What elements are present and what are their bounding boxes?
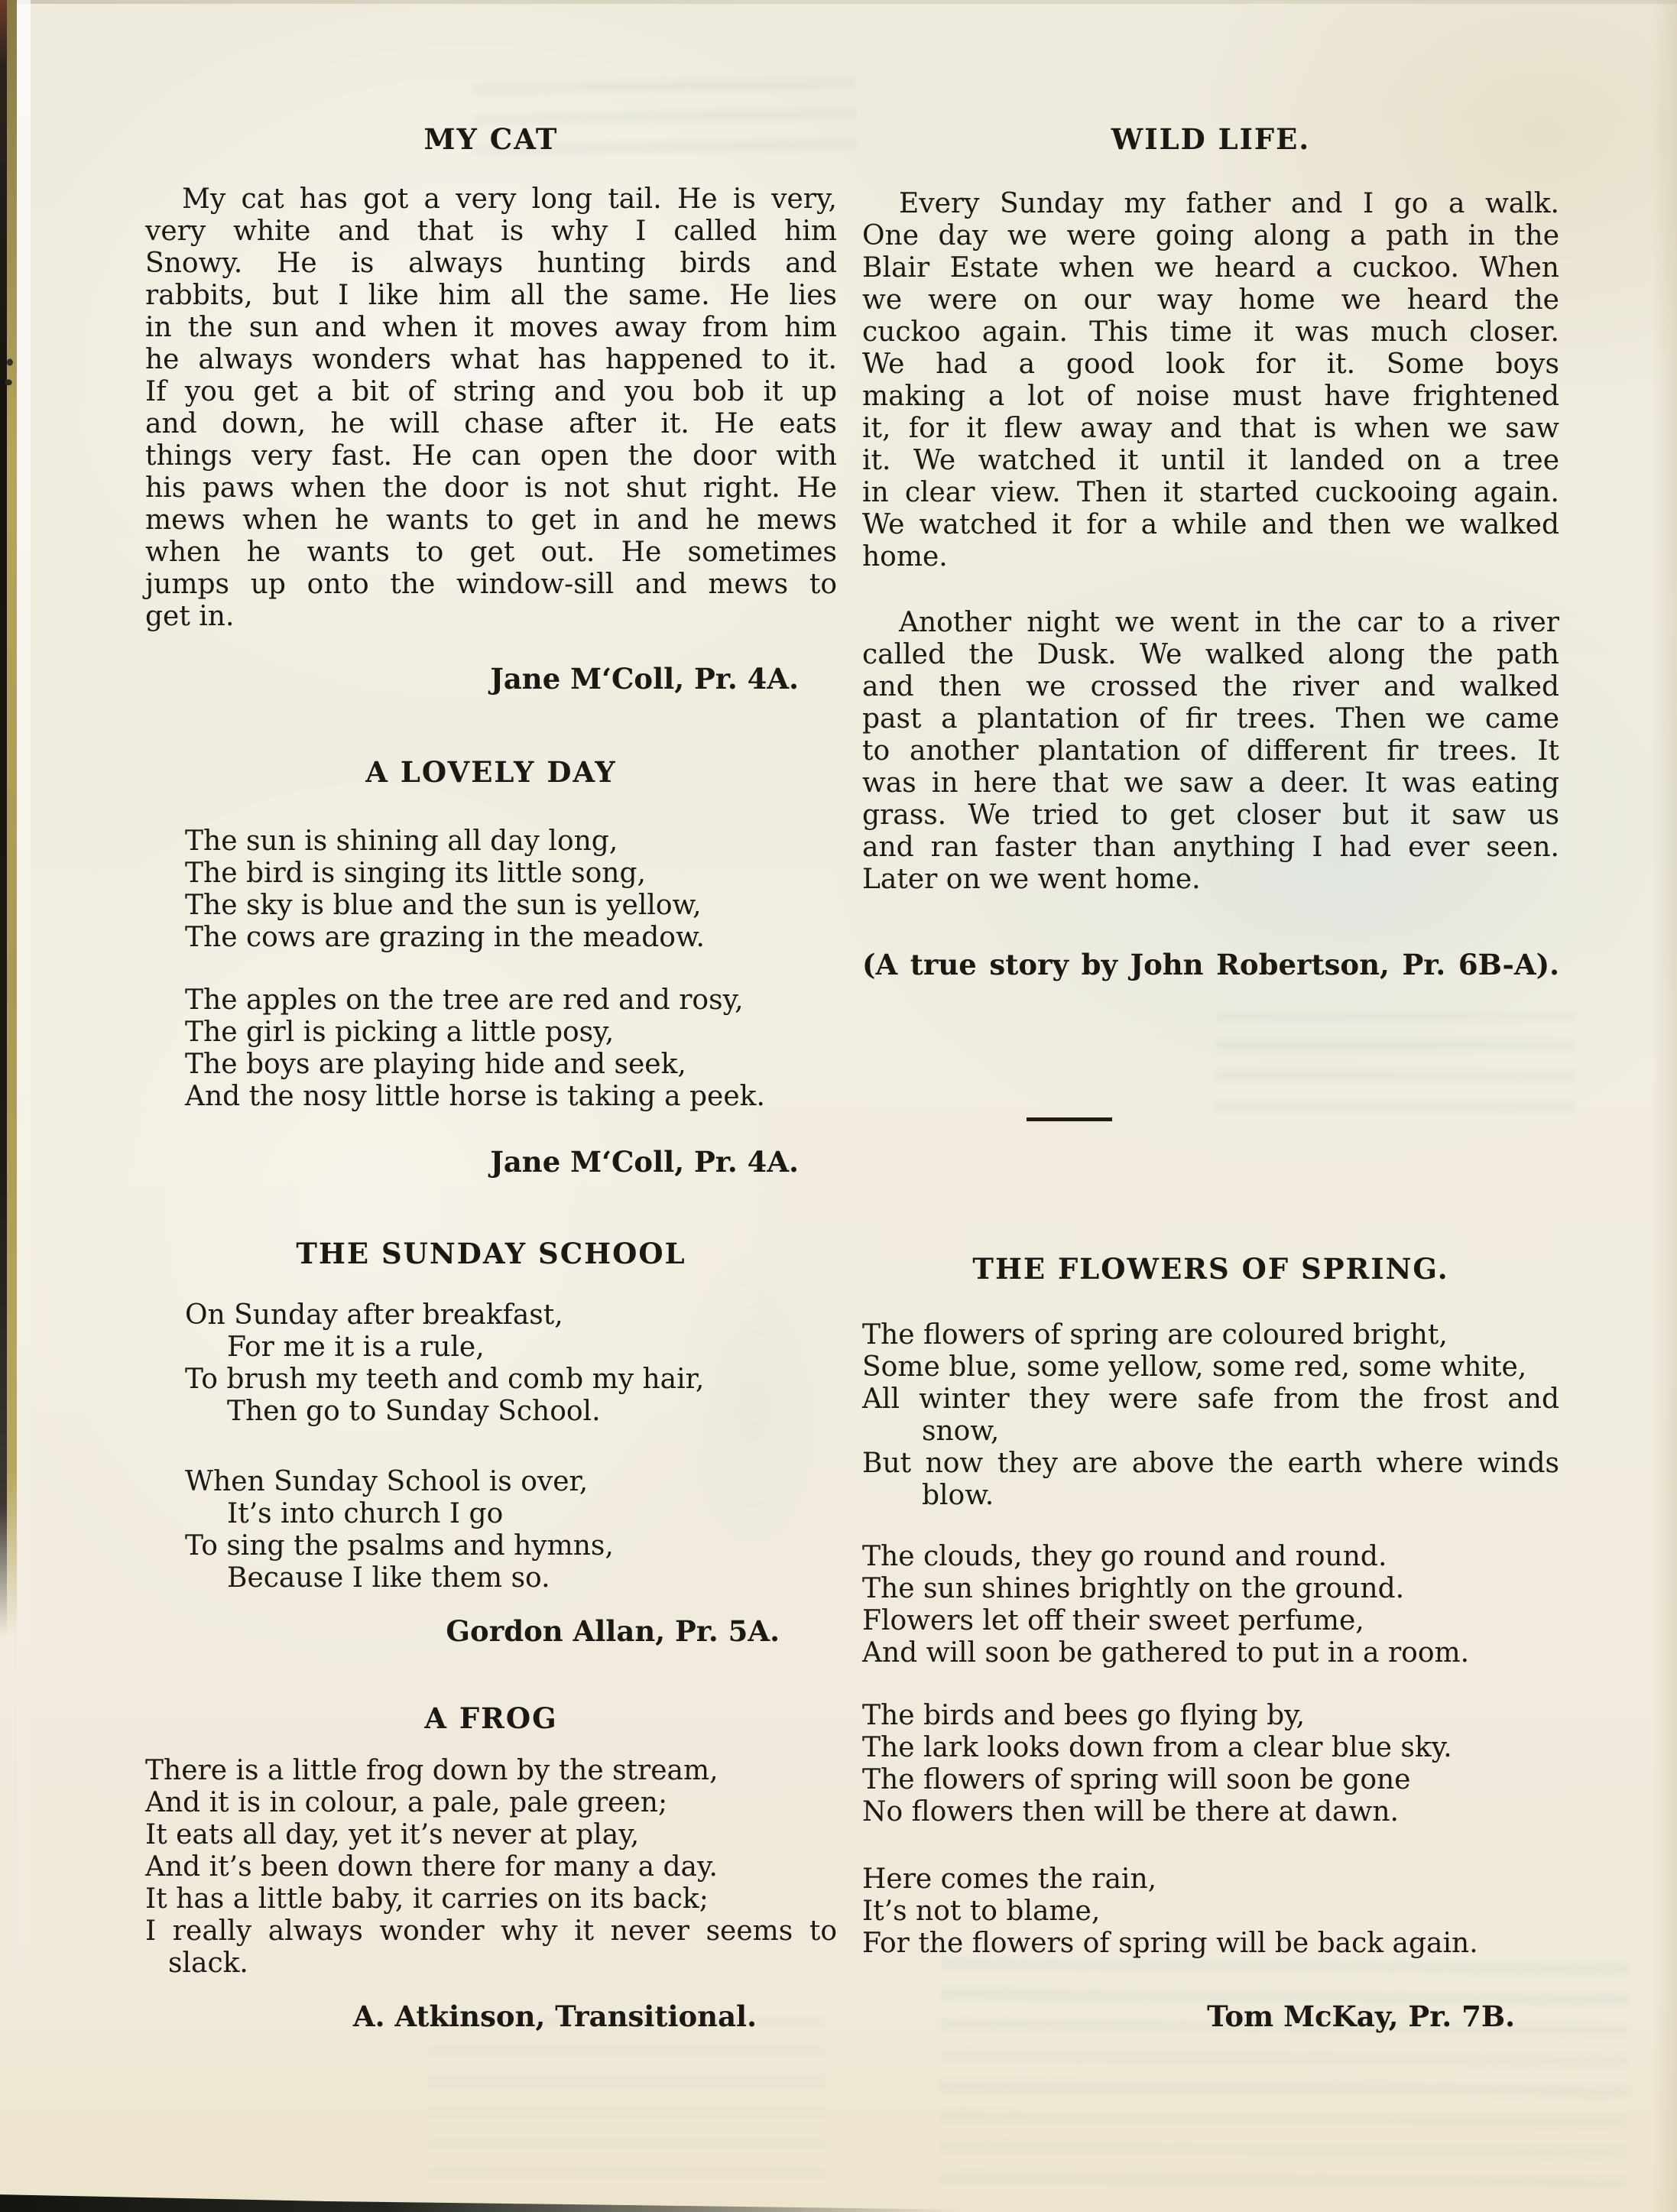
- verse-line: The bird is singing its little song,: [185, 858, 837, 890]
- article-title-wild-life: WILD LIFE.: [862, 122, 1559, 156]
- verse-line: When Sunday School is over,: [185, 1466, 837, 1498]
- verse-line: There is a little frog down by the strea…: [145, 1755, 837, 1787]
- poem-stanza: Here comes the rain, It’s not to blame, …: [862, 1863, 1559, 1960]
- page-right-edge-shadow: [1651, 0, 1677, 2212]
- verse-line: But now they are above the earth where w…: [862, 1448, 1559, 1480]
- text-line: We had a good look for it. Some boys: [862, 349, 1559, 381]
- verse-line: No flowers then will be there at dawn.: [862, 1796, 1559, 1828]
- verse-line: It has a little baby, it carries on its …: [145, 1883, 837, 1915]
- text-line: called the Dusk. We walked along the pat…: [862, 639, 1559, 671]
- text-line: Snowy. He is always hunting birds and: [145, 248, 837, 280]
- left-column: MY CAT My cat has got a very long tail. …: [145, 0, 837, 2212]
- text-line: get in.: [145, 601, 837, 633]
- verse-line: I really always wonder why it never seem…: [145, 1915, 837, 1948]
- verse-line: The flowers of spring are coloured brigh…: [862, 1319, 1559, 1351]
- text-line: cuckoo again. This time it was much clos…: [862, 316, 1559, 349]
- byline-the-flowers-of-spring: Tom McKay, Pr. 7B.: [862, 2000, 1559, 2033]
- byline-a-lovely-day: Jane M‘Coll, Pr. 4A.: [145, 1145, 837, 1179]
- verse-line: And it is in colour, a pale, pale green;: [145, 1787, 837, 1819]
- poem-stanza: The flowers of spring are coloured brigh…: [862, 1319, 1559, 1512]
- poem-stanza: On Sunday after breakfast, For me it is …: [145, 1299, 837, 1428]
- byline-the-sunday-school: Gordon Allan, Pr. 5A.: [145, 1614, 837, 1648]
- text-line: If you get a bit of string and you bob i…: [145, 376, 837, 408]
- binding-edge-dark-strip: [0, 0, 7, 1636]
- verse-line: slack.: [145, 1948, 837, 1980]
- poem-title-the-sunday-school: THE SUNDAY SCHOOL: [145, 1237, 837, 1270]
- text-line: home.: [862, 541, 1559, 573]
- page-left-highlight: [17, 0, 31, 2212]
- text-line: making a lot of noise must have frighten…: [862, 381, 1559, 413]
- verse-line: To brush my teeth and comb my hair,: [185, 1364, 837, 1396]
- verse-line: The birds and bees go flying by,: [862, 1700, 1559, 1732]
- text-line: when he wants to get out. He sometimes: [145, 537, 837, 569]
- verse-line: Flowers let off their sweet perfume,: [862, 1605, 1559, 1637]
- text-line: was in here that we saw a deer. It was e…: [862, 767, 1559, 799]
- text-line: Every Sunday my father and I go a walk.: [862, 188, 1559, 220]
- poem-stanza: The clouds, they go round and round. The…: [862, 1541, 1559, 1669]
- text-line: Another night we went in the car to a ri…: [862, 607, 1559, 639]
- verse-line: All winter they were safe from the frost…: [862, 1383, 1559, 1416]
- text-line: it. We watched it until it landed on a t…: [862, 445, 1559, 477]
- text-line: in the sun and when it moves away from h…: [145, 312, 837, 344]
- poem-body-a-frog: There is a little frog down by the strea…: [145, 1755, 837, 1980]
- text-line: Later on we went home.: [862, 864, 1559, 896]
- right-column: WILD LIFE. Every Sunday my father and I …: [862, 0, 1559, 2212]
- verse-line: For the flowers of spring will be back a…: [862, 1928, 1559, 1960]
- text-line: rabbits, but I like him all the same. He…: [145, 280, 837, 312]
- byline-wild-life: (A true story by John Robertson, Pr. 6B-…: [862, 948, 1559, 981]
- text-line: past a plantation of fir trees. Then we …: [862, 703, 1559, 735]
- poem-stanza: The apples on the tree are red and rosy,…: [145, 984, 837, 1113]
- text-line: We watched it for a while and then we wa…: [862, 509, 1559, 541]
- byline-my-cat: Jane M‘Coll, Pr. 4A.: [145, 662, 837, 696]
- poem-stanza: The birds and bees go flying by, The lar…: [862, 1700, 1559, 1828]
- verse-line: The sun is shining all day long,: [185, 825, 837, 858]
- verse-line: It eats all day, yet it’s never at play,: [145, 1819, 837, 1851]
- poem-stanza: When Sunday School is over, It’s into ch…: [145, 1466, 837, 1594]
- poem-title-a-frog: A FROG: [145, 1701, 837, 1735]
- text-line: One day we were going along a path in th…: [862, 220, 1559, 252]
- verse-line: Then go to Sunday School.: [185, 1396, 837, 1428]
- section-divider-rule: [1027, 1117, 1112, 1121]
- verse-line: It’s into church I go: [185, 1498, 837, 1530]
- text-line: we were on our way home we heard the: [862, 284, 1559, 316]
- verse-line: The flowers of spring will soon be gone: [862, 1764, 1559, 1796]
- text-line: jumps up onto the window-sill and mews t…: [145, 569, 837, 601]
- verse-line: The lark looks down from a clear blue sk…: [862, 1732, 1559, 1764]
- verse-line: The cows are grazing in the meadow.: [185, 922, 837, 954]
- verse-line: Some blue, some yellow, some red, some w…: [862, 1351, 1559, 1383]
- verse-line: And will soon be gathered to put in a ro…: [862, 1637, 1559, 1669]
- text-line: and then we crossed the river and walked: [862, 671, 1559, 703]
- verse-line: And it’s been down there for many a day.: [145, 1851, 837, 1883]
- verse-line: The girl is picking a little posy,: [185, 1017, 837, 1049]
- poem-title-a-lovely-day: A LOVELY DAY: [145, 755, 837, 789]
- article-body-wild-life-para2: Another night we went in the car to a ri…: [862, 607, 1559, 896]
- verse-line: snow,: [862, 1416, 1559, 1448]
- text-line: to another plantation of different fir t…: [862, 735, 1559, 767]
- verse-line: The clouds, they go round and round.: [862, 1541, 1559, 1573]
- verse-line: The boys are playing hide and seek,: [185, 1049, 837, 1081]
- text-line: Blair Estate when we heard a cuckoo. Whe…: [862, 252, 1559, 284]
- verse-line: To sing the psalms and hymns,: [185, 1530, 837, 1562]
- text-line: things very fast. He can open the door w…: [145, 440, 837, 472]
- article-body-my-cat: My cat has got a very long tail. He is v…: [145, 183, 837, 633]
- verse-line: The apples on the tree are red and rosy,: [185, 984, 837, 1017]
- byline-a-frog: A. Atkinson, Transitional.: [145, 2000, 837, 2033]
- poem-stanza: The sun is shining all day long, The bir…: [145, 825, 837, 954]
- text-line: and down, he will chase after it. He eat…: [145, 408, 837, 440]
- verse-line: The sky is blue and the sun is yellow,: [185, 890, 837, 922]
- article-title-my-cat: MY CAT: [145, 122, 837, 156]
- verse-line: On Sunday after breakfast,: [185, 1299, 837, 1331]
- text-line: he always wonders what has happened to i…: [145, 344, 837, 376]
- scanned-magazine-page: { "page": { "background_color": "#efebdd…: [0, 0, 1677, 2212]
- text-line: grass. We tried to get closer but it saw…: [862, 799, 1559, 832]
- verse-line: Here comes the rain,: [862, 1863, 1559, 1896]
- staple-mark: [2, 356, 16, 390]
- text-line: his paws when the door is not shut right…: [145, 472, 837, 504]
- verse-line: Because I like them so.: [185, 1562, 837, 1594]
- verse-line: blow.: [862, 1480, 1559, 1512]
- verse-line: For me it is a rule,: [185, 1331, 837, 1364]
- text-line: mews when he wants to get in and he mews: [145, 504, 837, 537]
- text-line: and ran faster than anything I had ever …: [862, 832, 1559, 864]
- verse-line: The sun shines brightly on the ground.: [862, 1573, 1559, 1605]
- poem-title-the-flowers-of-spring: THE FLOWERS OF SPRING.: [862, 1252, 1559, 1286]
- verse-line: It’s not to blame,: [862, 1896, 1559, 1928]
- text-line: My cat has got a very long tail. He is v…: [145, 183, 837, 216]
- verse-line: And the nosy little horse is taking a pe…: [185, 1081, 837, 1113]
- article-body-wild-life-para1: Every Sunday my father and I go a walk. …: [862, 188, 1559, 573]
- text-line: it, for it flew away and that is when we…: [862, 413, 1559, 445]
- binding-edge-tan-strip: [7, 0, 17, 1636]
- text-line: in clear view. Then it started cuckooing…: [862, 477, 1559, 509]
- text-line: very white and that is why I called him: [145, 216, 837, 248]
